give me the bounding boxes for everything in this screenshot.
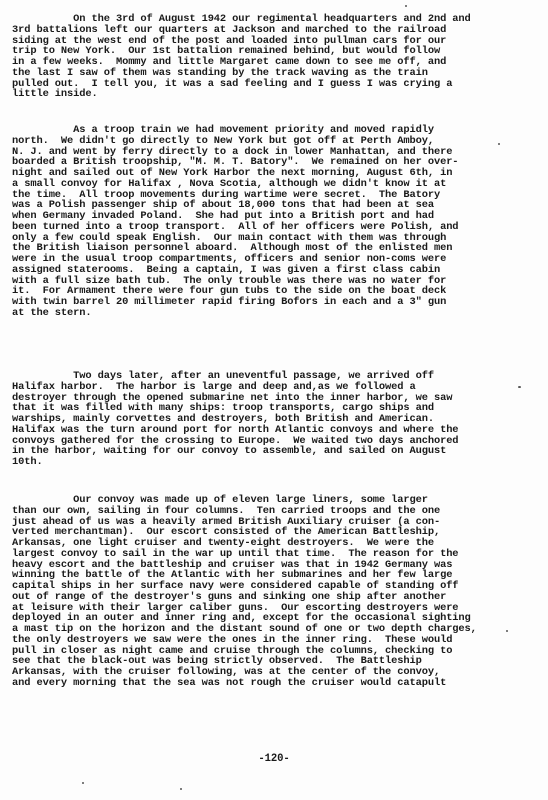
- paragraph-troopship: As a troop train we had movement priorit…: [12, 125, 548, 319]
- text-line: the only destroyers we saw were the ones…: [12, 635, 548, 646]
- scan-speck: [518, 386, 521, 388]
- text-line: been turned into a troop transport. All …: [12, 222, 548, 233]
- paragraph-halifax: Two days later, after an uneventful pass…: [12, 371, 548, 468]
- text-line: at the stern.: [12, 308, 548, 319]
- paragraph-convoy: Our convoy was made up of eleven large l…: [12, 495, 548, 689]
- text-line: largest convoy to sail in the war up unt…: [12, 549, 548, 560]
- text-line: the last I saw of them was standing by t…: [12, 68, 548, 79]
- scan-speck: [405, 5, 407, 7]
- scan-speck: [498, 143, 500, 145]
- scan-speck: [180, 788, 182, 790]
- text-line: assigned staterooms. Being a captain, I …: [12, 265, 548, 276]
- text-line: Halifax was the turn around port for nor…: [12, 425, 548, 436]
- text-line: out of range of the destroyer's guns and…: [12, 592, 548, 603]
- text-line: in the harbor, waiting for our convoy to…: [12, 446, 548, 457]
- text-line: a small convoy for Halifax , Nova Scotia…: [12, 179, 548, 190]
- text-line: and every morning that the sea was not r…: [12, 678, 548, 689]
- text-line: 3rd battalions left our quarters at Jack…: [12, 25, 548, 36]
- text-line: north. We didn't go directly to New York…: [12, 136, 548, 147]
- text-line: with twin barrel 20 millimeter rapid fir…: [12, 297, 548, 308]
- typewritten-page: On the 3rd of August 1942 our regimental…: [0, 0, 548, 800]
- text-line: 10th.: [12, 457, 548, 468]
- text-line: than our own, sailing in four columns. T…: [12, 506, 548, 517]
- paragraph-departure: On the 3rd of August 1942 our regimental…: [12, 14, 548, 100]
- scan-speck: [82, 782, 84, 784]
- text-line: Halifax harbor. The harbor is large and …: [12, 382, 548, 393]
- text-line: little inside.: [12, 89, 548, 100]
- scan-speck: [506, 630, 508, 632]
- page-number: -120-: [0, 754, 548, 765]
